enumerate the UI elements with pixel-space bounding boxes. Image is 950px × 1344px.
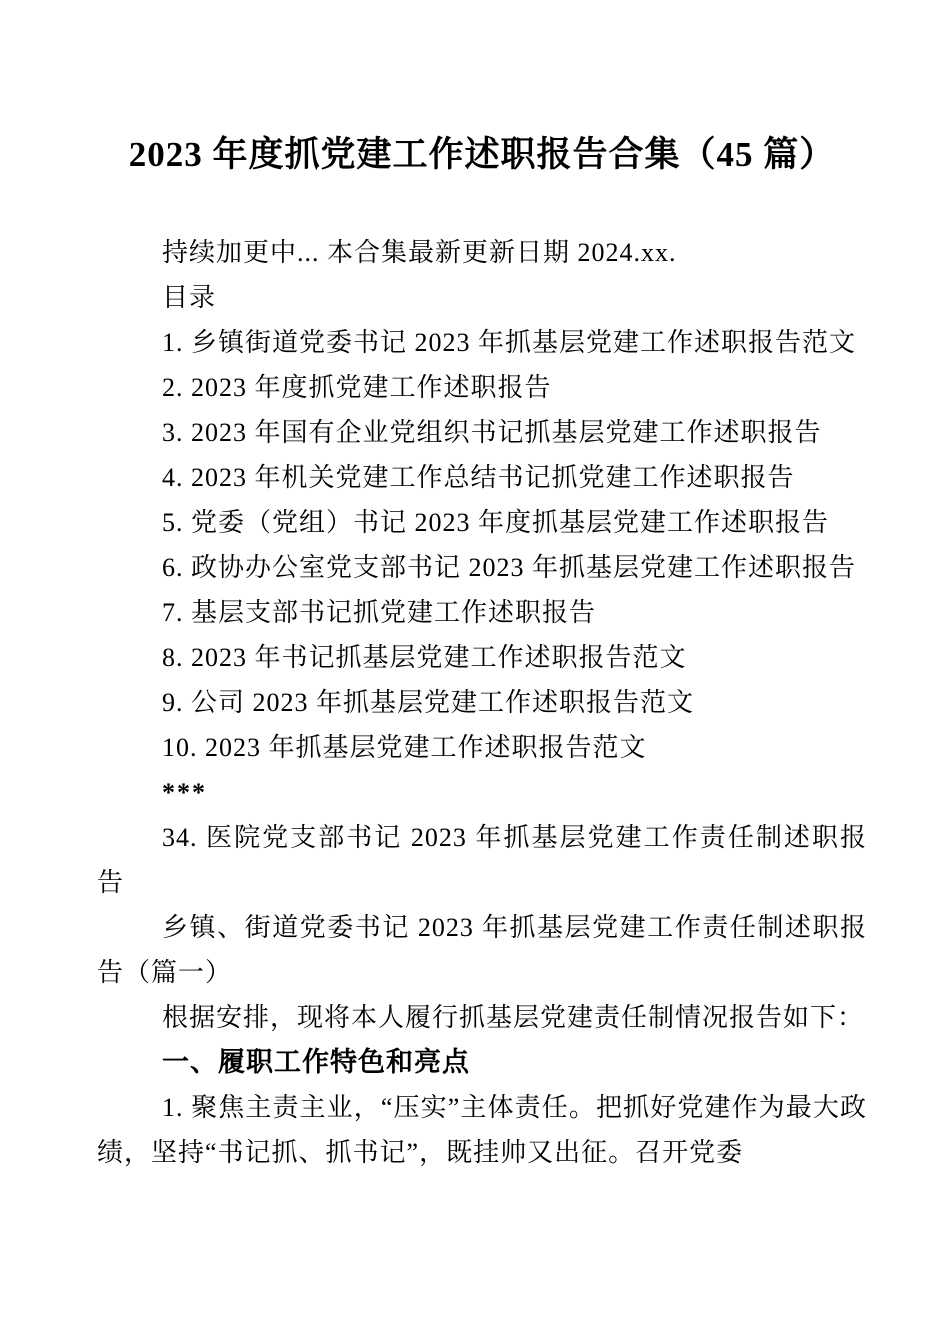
article-section-heading: 一、履职工作特色和亮点 <box>97 1040 867 1085</box>
toc-separator: *** <box>97 770 867 815</box>
toc-item-9: 9. 公司 2023 年抓基层党建工作述职报告范文 <box>97 680 867 725</box>
toc-item-34: 34. 医院党支部书记 2023 年抓基层党建工作责任制述职报告 <box>97 815 867 905</box>
document-page: 2023 年度抓党建工作述职报告合集（45 篇） 持续加更中... 本合集最新更… <box>0 0 950 1344</box>
article-intro: 根据安排，现将本人履行抓基层党建责任制情况报告如下： <box>97 995 867 1040</box>
toc-item-4: 4. 2023 年机关党建工作总结书记抓党建工作述职报告 <box>97 455 867 500</box>
toc-item-10: 10. 2023 年抓基层党建工作述职报告范文 <box>97 725 867 770</box>
toc-item-2: 2. 2023 年度抓党建工作述职报告 <box>97 365 867 410</box>
article-paragraph: 1. 聚焦主责主业，“压实”主体责任。把抓好党建作为最大政绩，坚持“书记抓、抓书… <box>97 1085 867 1175</box>
toc-item-6: 6. 政协办公室党支部书记 2023 年抓基层党建工作述职报告 <box>97 545 867 590</box>
update-note: 持续加更中... 本合集最新更新日期 2024.xx. <box>97 230 867 275</box>
toc-item-5: 5. 党委（党组）书记 2023 年度抓基层党建工作述职报告 <box>97 500 867 545</box>
document-title: 2023 年度抓党建工作述职报告合集（45 篇） <box>97 125 867 185</box>
toc-label: 目录 <box>97 275 867 320</box>
toc-item-8: 8. 2023 年书记抓基层党建工作述职报告范文 <box>97 635 867 680</box>
toc-item-3: 3. 2023 年国有企业党组织书记抓基层党建工作述职报告 <box>97 410 867 455</box>
toc-item-1: 1. 乡镇街道党委书记 2023 年抓基层党建工作述职报告范文 <box>97 320 867 365</box>
toc-item-7: 7. 基层支部书记抓党建工作述职报告 <box>97 590 867 635</box>
article-subtitle: 乡镇、街道党委书记 2023 年抓基层党建工作责任制述职报告（篇一） <box>97 905 867 995</box>
